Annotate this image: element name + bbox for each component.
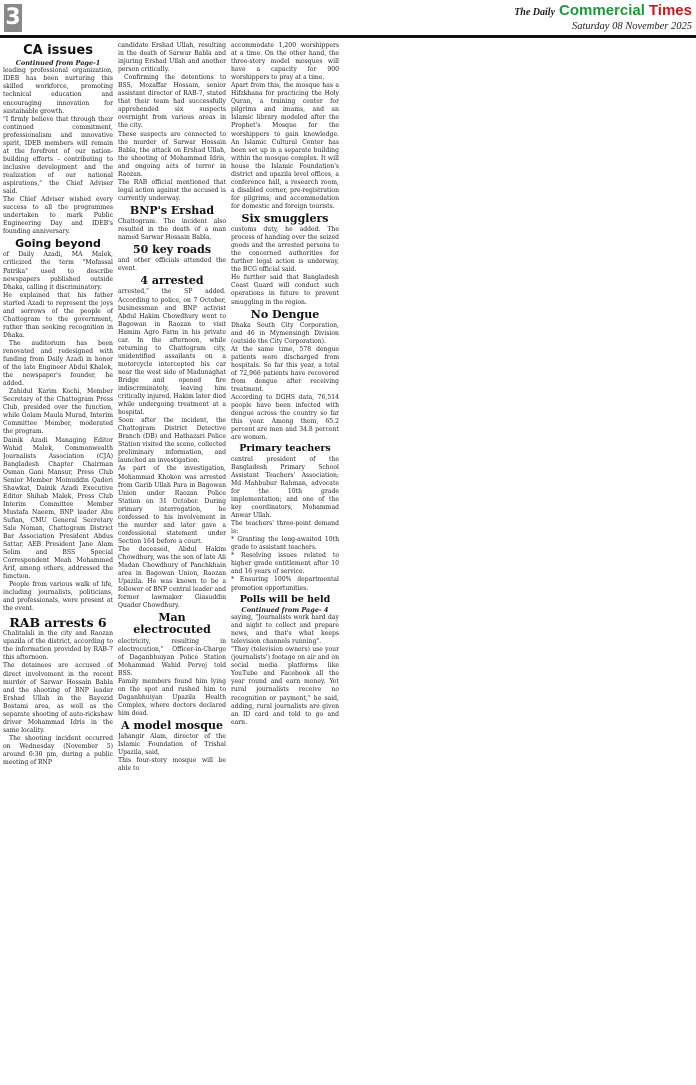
issue-date: Saturday 08 November 2025 xyxy=(514,21,692,32)
article-paragraph: Jahangir Alam, director of the Islamic F… xyxy=(118,733,226,757)
article-paragraph: The auditorium has been renovated and re… xyxy=(3,340,113,388)
brand-prefix: The Daily xyxy=(514,7,555,18)
article-paragraph: * Granting the long-awaited 10th grade t… xyxy=(231,536,339,552)
article-paragraph: The shooting incident occurred on Wednes… xyxy=(3,735,113,767)
article-paragraph: customs duty, he added. The process of h… xyxy=(231,226,339,274)
newspaper-brand: The Daily Commercial Times Saturday 08 N… xyxy=(514,2,692,32)
headline-bnp-ershad: BNP's Ershad xyxy=(118,205,226,217)
article-paragraph: The Chief Adviser wished every success t… xyxy=(3,196,113,236)
column-3: accommodate 1,200 worshippers at a time.… xyxy=(231,42,339,1078)
page-number: 3 xyxy=(4,4,22,32)
column-1: CA issues Continued from Page-1 leading … xyxy=(3,42,113,1078)
headline-model-mosque: A model mosque xyxy=(118,720,226,732)
article-paragraph: Apart from this, the mosque has a Hifzkh… xyxy=(231,82,339,211)
article-paragraph: As part of the investigation, Mohammad K… xyxy=(118,465,226,545)
article-paragraph: He explained that his father started Aza… xyxy=(3,292,113,340)
article-paragraph: * Resolving issues related to higher gra… xyxy=(231,552,339,576)
article-paragraph: electricity, resulting in electrocution,… xyxy=(118,638,226,678)
article-paragraph: arrested," the SP added. According to po… xyxy=(118,288,226,417)
article-paragraph: leading professional organization, IDEB … xyxy=(3,67,113,115)
article-paragraph: People from various walk of life, includ… xyxy=(3,581,113,613)
article-paragraph: According to DGHS data, 76,514 people ha… xyxy=(231,394,339,442)
headline-ca-issues: CA issues xyxy=(3,44,113,58)
continued-label: Continued from Page-1 xyxy=(3,59,113,67)
article-paragraph: The RAB official mentioned that legal ac… xyxy=(118,179,226,203)
brand-commercial: Commercial xyxy=(559,2,645,19)
headline-rab-arrests: RAB arrests 6 xyxy=(3,616,113,630)
article-paragraph: saying, "Journalists work hard day and n… xyxy=(231,614,339,646)
article-paragraph: These suspects are connected to the murd… xyxy=(118,131,226,179)
headline-man-electrocuted: Man electrocuted xyxy=(118,612,226,636)
article-paragraph: of Daily Azadi, MA Malek, criticized the… xyxy=(3,251,113,291)
article-paragraph: "I firmly believe that through their con… xyxy=(3,116,113,196)
article-paragraph: Dhaka South City Corporation, and 46 in … xyxy=(231,322,339,346)
article-paragraph: The teachers' three-point demand is: xyxy=(231,520,339,536)
article-paragraph: * Ensuring 100% departmental promotion o… xyxy=(231,576,339,592)
headline-primary-teachers: Primary teachers xyxy=(231,444,339,454)
headline-polls-will-be-held: Polls will be held xyxy=(231,595,339,605)
headline-50-key-roads: 50 key roads xyxy=(118,244,226,256)
article-paragraph: Zahidul Karim Kochi, Member Secretary of… xyxy=(3,388,113,436)
article-paragraph: The detainees are accused of direct invo… xyxy=(3,662,113,734)
headline-six-smugglers: Six smugglers xyxy=(231,213,339,225)
article-paragraph: accommodate 1,200 worshippers at a time.… xyxy=(231,42,339,82)
headline-4-arrested: 4 arrested xyxy=(118,275,226,287)
article-paragraph: Confirming the detentions to BSS, Mozaff… xyxy=(118,74,226,130)
article-paragraph: Chalitalali in the city and Raozan upazi… xyxy=(3,630,113,662)
article-paragraph: candidate Ershad Ullah, resulting in the… xyxy=(118,42,226,74)
article-paragraph: Family members found him lying on the sp… xyxy=(118,678,226,718)
masthead: 3 The Daily Commercial Times Saturday 08… xyxy=(0,0,696,38)
article-paragraph: Chattogram. The incident also resulted i… xyxy=(118,218,226,242)
article-paragraph: At the same time, 578 dengue patients we… xyxy=(231,346,339,394)
article-paragraph: The deceased, Abdul Hakim Chowdhury, was… xyxy=(118,546,226,610)
headline-no-dengue: No Dengue xyxy=(231,309,339,321)
article-paragraph: Soon after the incident, the Chattogram … xyxy=(118,417,226,465)
article-paragraph: "They (television owners) use your (jour… xyxy=(231,646,339,726)
column-2: candidate Ershad Ullah, resulting in the… xyxy=(118,42,226,1078)
brand-times: Times xyxy=(649,2,692,19)
continued-label: Continued from Page- 4 xyxy=(231,606,339,614)
headline-going-beyond: Going beyond xyxy=(3,238,113,250)
article-paragraph: central president of the Bangladesh Prim… xyxy=(231,456,339,520)
article-paragraph: Dainik Azadi Managing Editor Wahid Malek… xyxy=(3,437,113,582)
article-paragraph: He further said that Bangladesh Coast Gu… xyxy=(231,274,339,306)
article-paragraph: and other officials attended the event. xyxy=(118,257,226,273)
article-paragraph: This four-story mosque will be able to xyxy=(118,757,226,773)
